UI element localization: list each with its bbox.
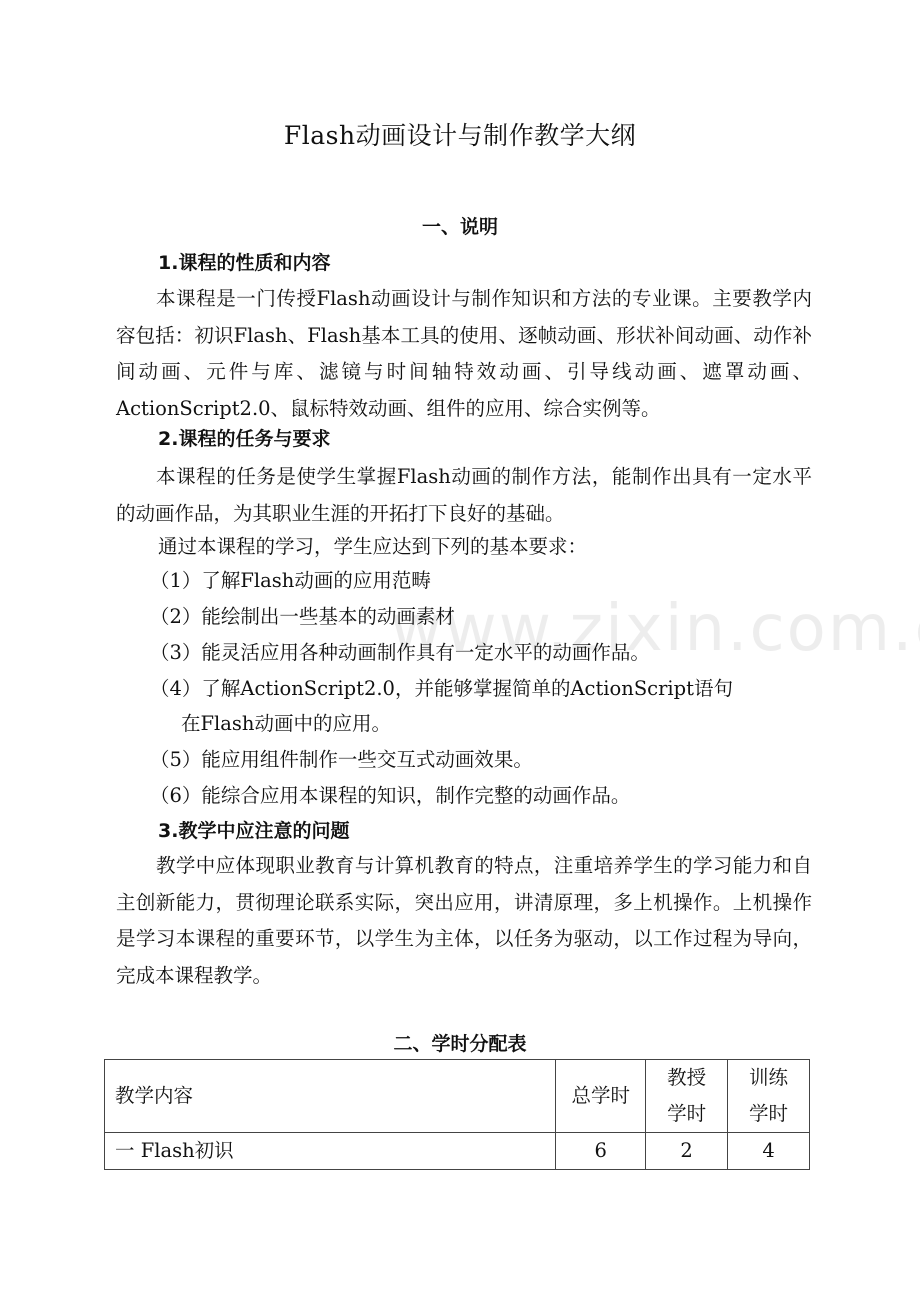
requirement-item-4-continued: 在Flash动画中的应用。 [181,709,391,739]
header-training-hours-line1: 训练 [738,1060,799,1096]
subheading-course-tasks: 2.课程的任务与要求 [158,424,330,454]
table-header-row: 教学内容 总学时 教授 学时 训练 学时 [105,1060,810,1133]
hours-allocation-table: 教学内容 总学时 教授 学时 训练 学时 一 Flash初识 6 2 4 [104,1059,810,1170]
header-teaching-hours-line2: 学时 [656,1096,717,1132]
section-heading-hours-table: 二、学时分配表 [0,1029,920,1059]
cell-training-hours: 4 [728,1133,810,1170]
subheading-course-nature: 1.课程的性质和内容 [158,248,330,278]
header-training-hours-line2: 学时 [738,1096,799,1132]
paragraph-course-content: 本课程是一门传授Flash动画设计与制作知识和方法的专业课。主要教学内容包括：初… [116,281,812,427]
header-total-hours: 总学时 [556,1060,646,1133]
cell-total-hours: 6 [556,1133,646,1170]
requirement-item-2: （2）能绘制出一些基本的动画素材 [150,602,455,632]
paragraph-teaching-notes: 教学中应体现职业教育与计算机教育的特点，注重培养学生的学习能力和自主创新能力，贯… [116,848,812,994]
paragraph-course-tasks: 本课程的任务是使学生掌握Flash动画的制作方法，能制作出具有一定水平的动画作品… [116,459,812,532]
cell-content: 一 Flash初识 [105,1133,556,1170]
header-teaching-hours: 教授 学时 [646,1060,728,1133]
requirement-item-3: （3）能灵活应用各种动画制作具有一定水平的动画作品。 [150,638,650,668]
header-teaching-content: 教学内容 [105,1060,556,1133]
header-training-hours: 训练 学时 [728,1060,810,1133]
requirement-item-5: （5）能应用组件制作一些交互式动画效果。 [150,745,533,775]
table-row: 一 Flash初识 6 2 4 [105,1133,810,1170]
requirements-intro: 通过本课程的学习，学生应达到下列的基本要求： [158,532,587,562]
subheading-teaching-notes: 3.教学中应注意的问题 [158,816,349,846]
requirement-item-6: （6）能综合应用本课程的知识，制作完整的动画作品。 [150,781,630,811]
document-title: Flash动画设计与制作教学大纲 [0,116,920,156]
header-teaching-hours-line1: 教授 [656,1060,717,1096]
requirement-item-1: （1）了解Flash动画的应用范畴 [150,566,431,596]
document-page: Flash动画设计与制作教学大纲 一、说明 1.课程的性质和内容 本课程是一门传… [0,0,920,1302]
requirement-item-4: （4）了解ActionScript2.0，并能够掌握简单的ActionScrip… [150,674,733,704]
cell-teaching-hours: 2 [646,1133,728,1170]
section-heading-explanation: 一、说明 [0,212,920,242]
